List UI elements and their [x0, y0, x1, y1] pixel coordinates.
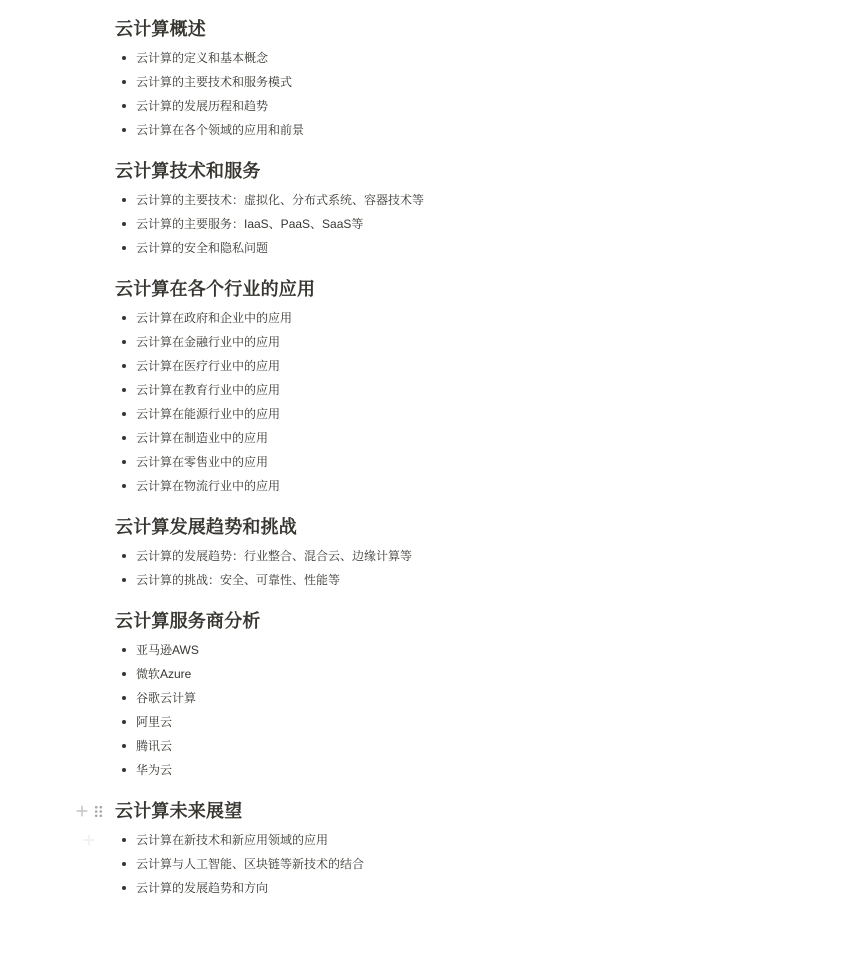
- bullet-marker: [122, 554, 126, 558]
- bulleted-list-item[interactable]: 云计算的定义和基本概念: [115, 46, 793, 70]
- heading-row: 云计算在各个行业的应用: [115, 276, 793, 302]
- bullet-marker: [122, 388, 126, 392]
- bullet-marker: [122, 104, 126, 108]
- section-heading[interactable]: 云计算技术和服务: [115, 158, 793, 184]
- bulleted-list-item[interactable]: 阿里云: [115, 710, 793, 734]
- bullet-marker: [122, 838, 126, 842]
- bullet-marker: [122, 246, 126, 250]
- section-heading[interactable]: 云计算在各个行业的应用: [115, 276, 793, 302]
- list-item-text: 云计算的挑战：安全、可靠性、性能等: [136, 573, 340, 587]
- bulleted-list-item[interactable]: 腾讯云: [115, 734, 793, 758]
- bullet-marker: [122, 56, 126, 60]
- bulleted-list-item[interactable]: 云计算在能源行业中的应用: [115, 402, 793, 426]
- outline-section: 云计算概述云计算的定义和基本概念云计算的主要技术和服务模式云计算的发展历程和趋势…: [115, 16, 793, 142]
- heading-row: 云计算发展趋势和挑战: [115, 514, 793, 540]
- bulleted-list-item[interactable]: 云计算与人工智能、区块链等新技术的结合: [115, 852, 793, 876]
- section-heading[interactable]: 云计算未来展望: [115, 798, 793, 824]
- bulleted-list-item[interactable]: 亚马逊AWS: [115, 638, 793, 662]
- bullet-marker: [122, 364, 126, 368]
- list-item-text: 云计算在制造业中的应用: [136, 431, 268, 445]
- list-item-text: 腾讯云: [136, 739, 172, 753]
- list-item-text: 阿里云: [136, 715, 172, 729]
- list-item-text: 云计算在新技术和新应用领域的应用: [136, 833, 328, 847]
- bullet-marker: [122, 436, 126, 440]
- bullet-marker: [122, 460, 126, 464]
- bulleted-list-item[interactable]: 云计算在新技术和新应用领域的应用: [115, 828, 793, 852]
- bulleted-list-item[interactable]: 云计算在物流行业中的应用: [115, 474, 793, 498]
- bullet-marker: [122, 316, 126, 320]
- outline-section: 云计算发展趋势和挑战云计算的发展趋势：行业整合、混合云、边缘计算等云计算的挑战：…: [115, 514, 793, 592]
- list-item-text: 云计算在医疗行业中的应用: [136, 359, 280, 373]
- bullet-marker: [122, 484, 126, 488]
- block-hover-controls: [75, 804, 103, 821]
- add-block-button[interactable]: [75, 804, 89, 821]
- bulleted-list-item[interactable]: 微软Azure: [115, 662, 793, 686]
- list-item-text: 云计算在各个领域的应用和前景: [136, 123, 304, 137]
- bullet-marker: [122, 80, 126, 84]
- bulleted-list: 云计算的主要技术：虚拟化、分布式系统、容器技术等云计算的主要服务：IaaS、Pa…: [115, 188, 793, 260]
- list-item-text: 云计算的发展趋势：行业整合、混合云、边缘计算等: [136, 549, 412, 563]
- bulleted-list: 云计算的定义和基本概念云计算的主要技术和服务模式云计算的发展历程和趋势云计算在各…: [115, 46, 793, 142]
- list-item-text: 云计算的主要服务：IaaS、PaaS、SaaS等: [136, 217, 363, 231]
- bulleted-list-item[interactable]: 云计算在各个领域的应用和前景: [115, 118, 793, 142]
- bullet-marker: [122, 578, 126, 582]
- bulleted-list-item[interactable]: 云计算在金融行业中的应用: [115, 330, 793, 354]
- list-item-text: 云计算的发展趋势和方向: [136, 881, 268, 895]
- bulleted-list: 亚马逊AWS微软Azure谷歌云计算阿里云腾讯云华为云: [115, 638, 793, 782]
- heading-row: 云计算技术和服务: [115, 158, 793, 184]
- bulleted-list-item[interactable]: 云计算的主要服务：IaaS、PaaS、SaaS等: [115, 212, 793, 236]
- list-item-text: 谷歌云计算: [136, 691, 196, 705]
- bullet-marker: [122, 648, 126, 652]
- bulleted-list-item[interactable]: 云计算的主要技术和服务模式: [115, 70, 793, 94]
- bulleted-list: 云计算的发展趋势：行业整合、混合云、边缘计算等云计算的挑战：安全、可靠性、性能等: [115, 544, 793, 592]
- faded-add-block-button[interactable]: [82, 833, 96, 850]
- bulleted-list-item[interactable]: 云计算的发展趋势：行业整合、混合云、边缘计算等: [115, 544, 793, 568]
- document-page: 云计算概述云计算的定义和基本概念云计算的主要技术和服务模式云计算的发展历程和趋势…: [0, 0, 853, 978]
- list-item-text: 华为云: [136, 763, 172, 777]
- outline-section: 云计算技术和服务云计算的主要技术：虚拟化、分布式系统、容器技术等云计算的主要服务…: [115, 158, 793, 260]
- heading-row: 云计算概述: [115, 16, 793, 42]
- bulleted-list-item[interactable]: 云计算在制造业中的应用: [115, 426, 793, 450]
- drag-handle-button[interactable]: [94, 805, 103, 821]
- bullet-marker: [122, 412, 126, 416]
- bullet-marker: [122, 768, 126, 772]
- list-item-text: 亚马逊AWS: [136, 643, 199, 657]
- outline-section: 云计算在各个行业的应用云计算在政府和企业中的应用云计算在金融行业中的应用云计算在…: [115, 276, 793, 498]
- plus-icon: [75, 804, 89, 821]
- list-item-text: 云计算与人工智能、区块链等新技术的结合: [136, 857, 364, 871]
- bullet-marker: [122, 672, 126, 676]
- list-item-text: 云计算的定义和基本概念: [136, 51, 268, 65]
- drag-handle-icon: [94, 805, 103, 821]
- bulleted-list: 云计算在政府和企业中的应用云计算在金融行业中的应用云计算在医疗行业中的应用云计算…: [115, 306, 793, 498]
- bullet-marker: [122, 222, 126, 226]
- section-heading[interactable]: 云计算服务商分析: [115, 608, 793, 634]
- bulleted-list-item[interactable]: 云计算的主要技术：虚拟化、分布式系统、容器技术等: [115, 188, 793, 212]
- bullet-marker: [122, 128, 126, 132]
- heading-row: 云计算未来展望: [115, 798, 793, 824]
- list-item-text: 云计算在教育行业中的应用: [136, 383, 280, 397]
- list-item-text: 微软Azure: [136, 667, 191, 681]
- list-item-text: 云计算的主要技术和服务模式: [136, 75, 292, 89]
- outline-section: 云计算未来展望云计算在新技术和新应用领域的应用云计算与人工智能、区块链等新技术的…: [115, 798, 793, 900]
- bulleted-list-item[interactable]: 云计算的发展历程和趋势: [115, 94, 793, 118]
- section-heading[interactable]: 云计算概述: [115, 16, 793, 42]
- bullet-marker: [122, 696, 126, 700]
- list-item-text: 云计算的安全和隐私问题: [136, 241, 268, 255]
- bullet-marker: [122, 886, 126, 890]
- bulleted-list-item[interactable]: 云计算在医疗行业中的应用: [115, 354, 793, 378]
- bulleted-list: 云计算在新技术和新应用领域的应用云计算与人工智能、区块链等新技术的结合云计算的发…: [115, 828, 793, 900]
- bulleted-list-item[interactable]: 云计算的安全和隐私问题: [115, 236, 793, 260]
- list-item-text: 云计算的主要技术：虚拟化、分布式系统、容器技术等: [136, 193, 424, 207]
- bulleted-list-item[interactable]: 云计算的发展趋势和方向: [115, 876, 793, 900]
- bulleted-list-item[interactable]: 云计算在教育行业中的应用: [115, 378, 793, 402]
- bulleted-list-item[interactable]: 云计算的挑战：安全、可靠性、性能等: [115, 568, 793, 592]
- list-item-text: 云计算在零售业中的应用: [136, 455, 268, 469]
- bullet-marker: [122, 744, 126, 748]
- plus-icon: [82, 835, 96, 850]
- list-item-text: 云计算的发展历程和趋势: [136, 99, 268, 113]
- list-item-text: 云计算在物流行业中的应用: [136, 479, 280, 493]
- bullet-marker: [122, 720, 126, 724]
- bulleted-list-item[interactable]: 华为云: [115, 758, 793, 782]
- list-item-text: 云计算在能源行业中的应用: [136, 407, 280, 421]
- list-item-text: 云计算在政府和企业中的应用: [136, 311, 292, 325]
- heading-row: 云计算服务商分析: [115, 608, 793, 634]
- bullet-marker: [122, 862, 126, 866]
- outline-section: 云计算服务商分析亚马逊AWS微软Azure谷歌云计算阿里云腾讯云华为云: [115, 608, 793, 782]
- section-heading[interactable]: 云计算发展趋势和挑战: [115, 514, 793, 540]
- bullet-marker: [122, 340, 126, 344]
- bulleted-list-item[interactable]: 谷歌云计算: [115, 686, 793, 710]
- bullet-marker: [122, 198, 126, 202]
- list-item-text: 云计算在金融行业中的应用: [136, 335, 280, 349]
- bulleted-list-item[interactable]: 云计算在零售业中的应用: [115, 450, 793, 474]
- bulleted-list-item[interactable]: 云计算在政府和企业中的应用: [115, 306, 793, 330]
